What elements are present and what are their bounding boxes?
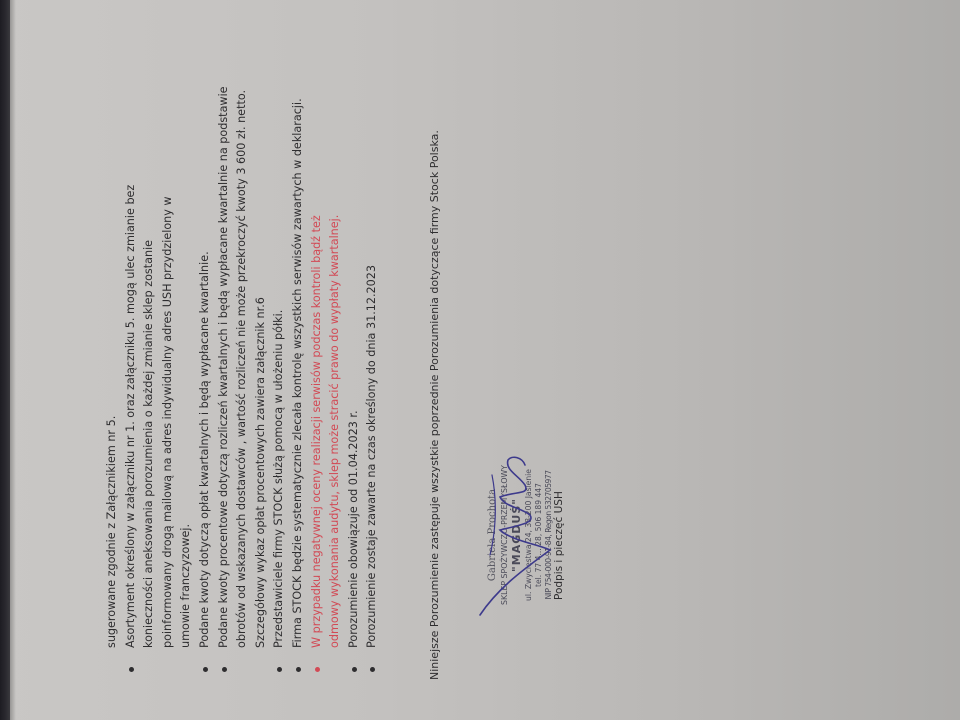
document-body: sugerowane zgodnie z Załącznikiem nr 5.A… [103, 20, 382, 680]
closing-statement: Niniejsze Porozumienie zastępuje wszystk… [428, 60, 441, 680]
document-paragraph: Firma STOCK będzie systematycznie zlecał… [289, 20, 308, 680]
document-paragraph: sugerowane zgodnie z Załącznikiem nr 5. [103, 20, 122, 680]
paragraph-line: sugerowane zgodnie z Załącznikiem nr 5. [103, 20, 122, 648]
paragraph-line: W przypadku negatywnej oceny realizacji … [308, 20, 327, 648]
paragraph-line: umowie franczyzowej. [177, 20, 196, 648]
bullet-dot-icon [277, 667, 282, 672]
paragraph-line: poinformowany drogą mailową na adres ind… [159, 20, 178, 648]
stamp-phone: tel. 77 4... 28, 506 189 447 [534, 445, 544, 625]
bullet-dot-icon [222, 667, 227, 672]
bullet-dot-icon [315, 667, 320, 672]
paragraph-line: Podane kwoty dotyczą opłat kwartalnych i… [196, 20, 215, 648]
paragraph-line: Szczegółowy wykaz opłat procentowych zaw… [252, 20, 271, 648]
company-stamp: Gabriela Prochota SKLEP SPOŻYWCZO-PRZEMY… [486, 445, 554, 625]
paragraph-line: obrotów od wskazanych dostawców , wartoś… [233, 20, 252, 648]
document-paragraph: Podane kwoty procentowe dotyczą rozlicze… [215, 20, 271, 680]
stamp-address: ul. Zwycięstwa 24, 38-200 Jasienie [524, 445, 534, 625]
paragraph-line: Podane kwoty procentowe dotyczą rozlicze… [215, 20, 234, 648]
paragraph-line: Asortyment określony w załączniku nr 1. … [122, 20, 141, 648]
paragraph-line: Przedstawiciele firmy STOCK służą pomocą… [270, 20, 289, 648]
rotated-document-page: sugerowane zgodnie z Załącznikiem nr 5.A… [0, 0, 960, 720]
stamp-shop-type: SKLEP SPOŻYWCZO-PRZEMYSŁOWY [500, 445, 510, 625]
bullet-dot-icon [296, 667, 301, 672]
bullet-dot-icon [203, 667, 208, 672]
stamp-brand: "MAGDUŚ" [510, 445, 524, 625]
document-paragraph: Podane kwoty dotyczą opłat kwartalnych i… [196, 20, 215, 680]
bullet-dot-icon [129, 667, 134, 672]
paragraph-line: konieczności aneksowania porozumienia o … [140, 20, 159, 648]
document-paragraph: W przypadku negatywnej oceny realizacji … [308, 20, 345, 680]
paragraph-line: Porozumienie zostaje zawarte na czas okr… [363, 20, 382, 648]
paragraph-line: Firma STOCK będzie systematycznie zlecał… [289, 20, 308, 648]
paragraph-line: odmowy wykonania audytu, sklep może stra… [326, 20, 345, 648]
document-paragraph: Porozumienie obowiązuje od 01.04.2023 r. [345, 20, 364, 680]
bullet-dot-icon [370, 667, 375, 672]
signature-label: Podpis i pieczęć USH [553, 491, 565, 600]
stamp-owner-name: Gabriela Prochota [486, 445, 500, 625]
bullet-dot-icon [352, 667, 357, 672]
document-paragraph: Asortyment określony w załączniku nr 1. … [122, 20, 196, 680]
paragraph-line: Porozumienie obowiązuje od 01.04.2023 r. [345, 20, 364, 648]
document-paragraph: Porozumienie zostaje zawarte na czas okr… [363, 20, 382, 680]
document-paragraph: Przedstawiciele firmy STOCK służą pomocą… [270, 20, 289, 680]
